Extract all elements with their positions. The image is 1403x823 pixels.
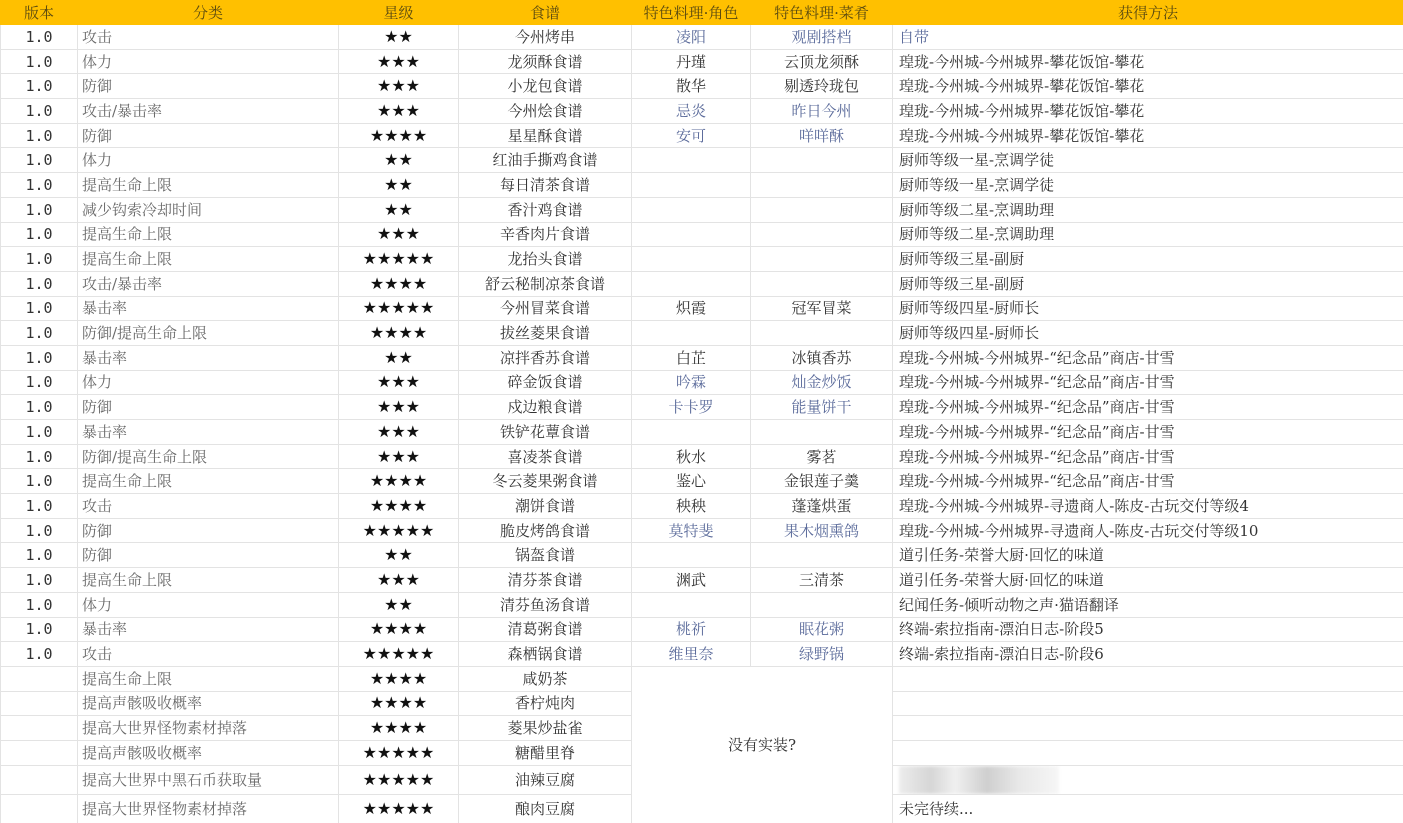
special-role-cell[interactable]: 白芷 xyxy=(632,345,751,370)
category-cell[interactable]: 提高大世界中黑石币获取量 xyxy=(78,765,339,794)
special-role-cell[interactable] xyxy=(632,148,751,173)
recipe-cell[interactable]: 咸奶茶 xyxy=(459,666,632,691)
special-role-cell[interactable] xyxy=(632,271,751,296)
star-rating-cell[interactable]: ★★★★★ xyxy=(339,794,459,823)
recipe-table: 版本分类星级食谱特色料理·角色特色料理·菜肴获得方法 1.0攻击★★今州烤串凌阳… xyxy=(0,0,1403,823)
star-rating-cell[interactable]: ★★★★★ xyxy=(339,740,459,765)
obtain-method-cell[interactable]: 瑝珑-今州城-今州城界-“纪念品”商店-甘雪 xyxy=(893,395,1403,420)
star-rating-cell[interactable]: ★★★★ xyxy=(339,494,459,519)
category-cell[interactable]: 体力 xyxy=(78,49,339,74)
special-role-cell[interactable]: 吟霖 xyxy=(632,370,751,395)
star-rating-cell[interactable]: ★★ xyxy=(339,543,459,568)
table-row-unreleased: 提高生命上限★★★★咸奶茶没有实装? xyxy=(1,666,1403,691)
recipe-cell[interactable]: 每日清茶食谱 xyxy=(459,173,632,198)
header-special-role[interactable]: 特色料理·角色 xyxy=(632,1,751,25)
header-category[interactable]: 分类 xyxy=(78,1,339,25)
recipe-cell[interactable]: 脆皮烤鸽食谱 xyxy=(459,518,632,543)
table-row: 1.0防御★★★★星星酥食谱安可咩咩酥瑝珑-今州城-今州城界-攀花饭馆-攀花 xyxy=(1,123,1403,148)
special-role-cell[interactable] xyxy=(632,173,751,198)
category-cell[interactable]: 防御 xyxy=(78,543,339,568)
recipe-cell[interactable]: 拔丝菱果食谱 xyxy=(459,321,632,346)
header-recipe[interactable]: 食谱 xyxy=(459,1,632,25)
recipe-cell[interactable]: 辛香肉片食谱 xyxy=(459,222,632,247)
version-cell[interactable]: 1.0 xyxy=(1,321,78,346)
version-cell[interactable] xyxy=(1,666,78,691)
star-rating-cell[interactable]: ★★★★ xyxy=(339,271,459,296)
table-row: 1.0提高生命上限★★★辛香肉片食谱厨师等级二星-烹调助理 xyxy=(1,222,1403,247)
special-dish-cell[interactable]: 剔透玲珑包 xyxy=(751,74,893,99)
category-cell[interactable]: 提高生命上限 xyxy=(78,568,339,593)
version-cell[interactable]: 1.0 xyxy=(1,123,78,148)
star-rating-cell[interactable]: ★★★★ xyxy=(339,691,459,716)
star-rating-cell[interactable]: ★★★★ xyxy=(339,469,459,494)
obtain-method-cell[interactable]: 瑝珑-今州城-今州城界-寻遗商人-陈皮-古玩交付等级4 xyxy=(893,494,1403,519)
obtain-method-cell[interactable]: 道引任务-荣誉大厨·回忆的味道 xyxy=(893,543,1403,568)
table-row: 1.0防御★★★★★脆皮烤鸽食谱莫特斐果木烟熏鸽瑝珑-今州城-今州城界-寻遗商人… xyxy=(1,518,1403,543)
recipe-cell[interactable]: 舒云秘制凉茶食谱 xyxy=(459,271,632,296)
table-row: 1.0攻击★★★★★森栖锅食谱维里奈绿野锅终端-索拉指南-漂泊日志-阶段6 xyxy=(1,642,1403,667)
star-rating-cell[interactable]: ★★ xyxy=(339,592,459,617)
special-dish-cell[interactable]: 冰镇香苏 xyxy=(751,345,893,370)
category-cell[interactable]: 体力 xyxy=(78,148,339,173)
special-role-cell[interactable] xyxy=(632,197,751,222)
category-cell[interactable]: 提高生命上限 xyxy=(78,173,339,198)
table-row: 1.0防御/提高生命上限★★★喜凌茶食谱秋水雾茗瑝珑-今州城-今州城界-“纪念品… xyxy=(1,444,1403,469)
obtain-method-cell[interactable]: 瑝珑-今州城-今州城界-攀花饭馆-攀花 xyxy=(893,123,1403,148)
obtain-method-cell[interactable]: 瑝珑-今州城-今州城界-“纪念品”商店-甘雪 xyxy=(893,469,1403,494)
special-role-cell[interactable]: 凌阳 xyxy=(632,25,751,50)
special-role-cell[interactable] xyxy=(632,543,751,568)
special-role-cell[interactable]: 忌炎 xyxy=(632,99,751,124)
obtain-method-cell[interactable]: 瑝珑-今州城-今州城界-“纪念品”商店-甘雪 xyxy=(893,420,1403,445)
star-rating-cell[interactable]: ★★★★★ xyxy=(339,642,459,667)
recipe-cell[interactable]: 香汁鸡食谱 xyxy=(459,197,632,222)
recipe-cell[interactable]: 今州冒菜食谱 xyxy=(459,296,632,321)
recipe-cell[interactable]: 森栖锅食谱 xyxy=(459,642,632,667)
version-cell[interactable]: 1.0 xyxy=(1,25,78,50)
category-cell[interactable]: 提高生命上限 xyxy=(78,247,339,272)
header-stars[interactable]: 星级 xyxy=(339,1,459,25)
obtain-method-cell[interactable] xyxy=(893,666,1403,691)
version-cell[interactable] xyxy=(1,794,78,823)
unreleased-note-cell[interactable]: 没有实装? xyxy=(632,666,893,823)
special-dish-cell[interactable]: 绿野锅 xyxy=(751,642,893,667)
obtain-method-cell[interactable]: 瑝珑-今州城-今州城界-攀花饭馆-攀花 xyxy=(893,74,1403,99)
obtain-method-cell[interactable]: 终端-索拉指南-漂泊日志-阶段6 xyxy=(893,642,1403,667)
obtain-method-cell[interactable]: 纪闻任务-倾听动物之声·猫语翻译 xyxy=(893,592,1403,617)
category-cell[interactable]: 攻击 xyxy=(78,494,339,519)
table-row: 1.0防御★★锅盔食谱道引任务-荣誉大厨·回忆的味道 xyxy=(1,543,1403,568)
special-dish-cell[interactable] xyxy=(751,543,893,568)
star-rating-cell[interactable]: ★★★ xyxy=(339,222,459,247)
category-cell[interactable]: 暴击率 xyxy=(78,420,339,445)
category-cell[interactable]: 防御/提高生命上限 xyxy=(78,321,339,346)
table-row: 1.0暴击率★★★铁铲花蕈食谱瑝珑-今州城-今州城界-“纪念品”商店-甘雪 xyxy=(1,420,1403,445)
obtain-method-cell[interactable]: 瑝珑-今州城-今州城界-“纪念品”商店-甘雪 xyxy=(893,444,1403,469)
special-dish-cell[interactable] xyxy=(751,592,893,617)
category-cell[interactable]: 提高声骸吸收概率 xyxy=(78,691,339,716)
special-role-cell[interactable]: 鉴心 xyxy=(632,469,751,494)
table-row: 1.0减少钩索冷却时间★★香汁鸡食谱厨师等级二星-烹调助理 xyxy=(1,197,1403,222)
table-row: 1.0提高生命上限★★每日清茶食谱厨师等级一星-烹调学徒 xyxy=(1,173,1403,198)
special-role-cell[interactable] xyxy=(632,592,751,617)
version-cell[interactable] xyxy=(1,765,78,794)
star-rating-cell[interactable]: ★★★ xyxy=(339,74,459,99)
recipe-cell[interactable]: 冬云菱果粥食谱 xyxy=(459,469,632,494)
special-dish-cell[interactable] xyxy=(751,222,893,247)
special-dish-cell[interactable] xyxy=(751,247,893,272)
table-row: 1.0体力★★清芬鱼汤食谱纪闻任务-倾听动物之声·猫语翻译 xyxy=(1,592,1403,617)
recipe-cell[interactable]: 今州烤串 xyxy=(459,25,632,50)
obtain-method-cell[interactable]: 厨师等级四星-厨师长 xyxy=(893,296,1403,321)
header-obtain-method[interactable]: 获得方法 xyxy=(893,1,1403,25)
recipe-cell[interactable]: 戍边粮食谱 xyxy=(459,395,632,420)
header-row: 版本分类星级食谱特色料理·角色特色料理·菜肴获得方法 xyxy=(1,1,1403,25)
version-cell[interactable]: 1.0 xyxy=(1,247,78,272)
table-row: 1.0提高生命上限★★★★冬云菱果粥食谱鉴心金银莲子羹瑝珑-今州城-今州城界-“… xyxy=(1,469,1403,494)
version-cell[interactable]: 1.0 xyxy=(1,568,78,593)
redacted-cell xyxy=(893,765,1403,794)
special-role-cell[interactable]: 丹瑾 xyxy=(632,49,751,74)
star-rating-cell[interactable]: ★★★ xyxy=(339,49,459,74)
star-rating-cell[interactable]: ★★★ xyxy=(339,99,459,124)
category-cell[interactable]: 暴击率 xyxy=(78,345,339,370)
special-role-cell[interactable] xyxy=(632,321,751,346)
category-cell[interactable]: 攻击 xyxy=(78,25,339,50)
special-dish-cell[interactable]: 雾茗 xyxy=(751,444,893,469)
recipe-cell[interactable]: 铁铲花蕈食谱 xyxy=(459,420,632,445)
special-role-cell[interactable]: 安可 xyxy=(632,123,751,148)
star-rating-cell[interactable]: ★★★★★ xyxy=(339,296,459,321)
star-rating-cell[interactable]: ★★★ xyxy=(339,370,459,395)
category-cell[interactable]: 体力 xyxy=(78,370,339,395)
obtain-method-cell[interactable]: 厨师等级一星-烹调学徒 xyxy=(893,173,1403,198)
star-rating-cell[interactable]: ★★★ xyxy=(339,395,459,420)
category-cell[interactable]: 提高大世界怪物素材掉落 xyxy=(78,794,339,823)
version-cell[interactable]: 1.0 xyxy=(1,370,78,395)
version-cell[interactable]: 1.0 xyxy=(1,173,78,198)
obtain-method-cell[interactable]: 厨师等级四星-厨师长 xyxy=(893,321,1403,346)
category-cell[interactable]: 防御 xyxy=(78,123,339,148)
table-row: 1.0防御★★★戍边粮食谱卡卡罗能量饼干瑝珑-今州城-今州城界-“纪念品”商店-… xyxy=(1,395,1403,420)
obtain-method-cell[interactable]: 自带 xyxy=(893,25,1403,50)
category-cell[interactable]: 防御/提高生命上限 xyxy=(78,444,339,469)
star-rating-cell[interactable]: ★★★★ xyxy=(339,617,459,642)
obtain-method-cell[interactable] xyxy=(893,740,1403,765)
category-cell[interactable]: 防御 xyxy=(78,395,339,420)
obtain-method-cell[interactable]: 瑝珑-今州城-今州城界-攀花饭馆-攀花 xyxy=(893,99,1403,124)
table-body: 1.0攻击★★今州烤串凌阳观剧搭档自带1.0体力★★★龙须酥食谱丹瑾云顶龙须酥瑝… xyxy=(1,25,1403,823)
recipe-cell[interactable]: 酿肉豆腐 xyxy=(459,794,632,823)
obtain-method-cell[interactable]: 瑝珑-今州城-今州城界-“纪念品”商店-甘雪 xyxy=(893,370,1403,395)
special-dish-cell[interactable] xyxy=(751,420,893,445)
special-role-cell[interactable]: 莫特斐 xyxy=(632,518,751,543)
table-row: 1.0防御/提高生命上限★★★★拔丝菱果食谱厨师等级四星-厨师长 xyxy=(1,321,1403,346)
category-cell[interactable]: 防御 xyxy=(78,74,339,99)
recipe-cell[interactable]: 香柠炖肉 xyxy=(459,691,632,716)
table-row: 1.0攻击/暴击率★★★今州烩食谱忌炎昨日今州瑝珑-今州城-今州城界-攀花饭馆-… xyxy=(1,99,1403,124)
obtain-method-cell[interactable]: 厨师等级三星-副厨 xyxy=(893,247,1403,272)
header-version[interactable]: 版本 xyxy=(1,1,78,25)
star-rating-cell[interactable]: ★★ xyxy=(339,345,459,370)
recipe-cell[interactable]: 碎金饭食谱 xyxy=(459,370,632,395)
special-dish-cell[interactable]: 冠军冒菜 xyxy=(751,296,893,321)
version-cell[interactable]: 1.0 xyxy=(1,617,78,642)
version-cell[interactable]: 1.0 xyxy=(1,271,78,296)
special-dish-cell[interactable]: 昨日今州 xyxy=(751,99,893,124)
category-cell[interactable]: 防御 xyxy=(78,518,339,543)
obtain-method-cell[interactable]: 道引任务-荣誉大厨·回忆的味道 xyxy=(893,568,1403,593)
table-row: 1.0防御★★★小龙包食谱散华剔透玲珑包瑝珑-今州城-今州城界-攀花饭馆-攀花 xyxy=(1,74,1403,99)
version-cell[interactable]: 1.0 xyxy=(1,469,78,494)
table-row: 1.0暴击率★★★★★今州冒菜食谱炽霞冠军冒菜厨师等级四星-厨师长 xyxy=(1,296,1403,321)
special-dish-cell[interactable]: 灿金炒饭 xyxy=(751,370,893,395)
recipe-cell[interactable]: 糖醋里脊 xyxy=(459,740,632,765)
version-cell[interactable] xyxy=(1,691,78,716)
table-row: 1.0攻击/暴击率★★★★舒云秘制凉茶食谱厨师等级三星-副厨 xyxy=(1,271,1403,296)
table-row: 1.0攻击★★今州烤串凌阳观剧搭档自带 xyxy=(1,25,1403,50)
special-dish-cell[interactable] xyxy=(751,321,893,346)
special-role-cell[interactable] xyxy=(632,247,751,272)
category-cell[interactable]: 攻击/暴击率 xyxy=(78,99,339,124)
special-dish-cell[interactable]: 观剧搭档 xyxy=(751,25,893,50)
special-role-cell[interactable]: 桃祈 xyxy=(632,617,751,642)
version-cell[interactable]: 1.0 xyxy=(1,444,78,469)
table-row: 1.0体力★★★龙须酥食谱丹瑾云顶龙须酥瑝珑-今州城-今州城界-攀花饭馆-攀花 xyxy=(1,49,1403,74)
special-dish-cell[interactable]: 果木烟熏鸽 xyxy=(751,518,893,543)
version-cell[interactable]: 1.0 xyxy=(1,197,78,222)
special-dish-cell[interactable]: 金银莲子羹 xyxy=(751,469,893,494)
category-cell[interactable]: 提高生命上限 xyxy=(78,222,339,247)
special-dish-cell[interactable]: 能量饼干 xyxy=(751,395,893,420)
special-dish-cell[interactable]: 蓬蓬烘蛋 xyxy=(751,494,893,519)
special-role-cell[interactable] xyxy=(632,420,751,445)
recipe-cell[interactable]: 龙抬头食谱 xyxy=(459,247,632,272)
recipe-cell[interactable]: 潮饼食谱 xyxy=(459,494,632,519)
category-cell[interactable]: 提高大世界怪物素材掉落 xyxy=(78,716,339,741)
star-rating-cell[interactable]: ★★★★ xyxy=(339,666,459,691)
recipe-cell[interactable]: 清芬鱼汤食谱 xyxy=(459,592,632,617)
obtain-method-cell[interactable]: 厨师等级一星-烹调学徒 xyxy=(893,148,1403,173)
version-cell[interactable]: 1.0 xyxy=(1,148,78,173)
recipe-cell[interactable]: 喜凌茶食谱 xyxy=(459,444,632,469)
star-rating-cell[interactable]: ★★ xyxy=(339,25,459,50)
star-rating-cell[interactable]: ★★★★ xyxy=(339,321,459,346)
star-rating-cell[interactable]: ★★★★★ xyxy=(339,765,459,794)
obtain-method-cell[interactable]: 厨师等级三星-副厨 xyxy=(893,271,1403,296)
recipe-cell[interactable]: 清芬茶食谱 xyxy=(459,568,632,593)
version-cell[interactable]: 1.0 xyxy=(1,74,78,99)
table-row: 1.0提高生命上限★★★★★龙抬头食谱厨师等级三星-副厨 xyxy=(1,247,1403,272)
special-dish-cell[interactable]: 云顶龙须酥 xyxy=(751,49,893,74)
special-dish-cell[interactable]: 眠花粥 xyxy=(751,617,893,642)
star-rating-cell[interactable]: ★★★ xyxy=(339,444,459,469)
recipe-cell[interactable]: 锅盔食谱 xyxy=(459,543,632,568)
special-dish-cell[interactable] xyxy=(751,197,893,222)
category-cell[interactable]: 提高生命上限 xyxy=(78,469,339,494)
recipe-cell[interactable]: 菱果炒盐雀 xyxy=(459,716,632,741)
special-dish-cell[interactable] xyxy=(751,173,893,198)
special-role-cell[interactable] xyxy=(632,222,751,247)
header-special-dish[interactable]: 特色料理·菜肴 xyxy=(751,1,893,25)
special-dish-cell[interactable] xyxy=(751,271,893,296)
star-rating-cell[interactable]: ★★ xyxy=(339,173,459,198)
recipe-cell[interactable]: 油辣豆腐 xyxy=(459,765,632,794)
obtain-method-cell[interactable]: 瑝珑-今州城-今州城界-攀花饭馆-攀花 xyxy=(893,49,1403,74)
table-row: 1.0提高生命上限★★★清芬茶食谱渊武三清茶道引任务-荣誉大厨·回忆的味道 xyxy=(1,568,1403,593)
obtain-method-cell[interactable]: 厨师等级二星-烹调助理 xyxy=(893,197,1403,222)
table-row: 1.0攻击★★★★潮饼食谱秧秧蓬蓬烘蛋瑝珑-今州城-今州城界-寻遗商人-陈皮-古… xyxy=(1,494,1403,519)
star-rating-cell[interactable]: ★★★★★ xyxy=(339,247,459,272)
category-cell[interactable]: 提高声骸吸收概率 xyxy=(78,740,339,765)
special-dish-cell[interactable]: 咩咩酥 xyxy=(751,123,893,148)
special-role-cell[interactable]: 炽霞 xyxy=(632,296,751,321)
version-cell[interactable]: 1.0 xyxy=(1,420,78,445)
recipe-cell[interactable]: 星星酥食谱 xyxy=(459,123,632,148)
star-rating-cell[interactable]: ★★ xyxy=(339,148,459,173)
version-cell[interactable]: 1.0 xyxy=(1,222,78,247)
table-row: 1.0暴击率★★★★清葛粥食谱桃祈眠花粥终端-索拉指南-漂泊日志-阶段5 xyxy=(1,617,1403,642)
obtain-method-cell[interactable]: 终端-索拉指南-漂泊日志-阶段5 xyxy=(893,617,1403,642)
version-cell[interactable]: 1.0 xyxy=(1,494,78,519)
star-rating-cell[interactable]: ★★ xyxy=(339,197,459,222)
redacted-blur xyxy=(899,766,1059,794)
star-rating-cell[interactable]: ★★★ xyxy=(339,420,459,445)
version-cell[interactable]: 1.0 xyxy=(1,592,78,617)
table-row: 1.0体力★★红油手撕鸡食谱厨师等级一星-烹调学徒 xyxy=(1,148,1403,173)
recipe-cell[interactable]: 凉拌香苏食谱 xyxy=(459,345,632,370)
recipe-cell[interactable]: 小龙包食谱 xyxy=(459,74,632,99)
version-cell[interactable] xyxy=(1,716,78,741)
recipe-cell[interactable]: 今州烩食谱 xyxy=(459,99,632,124)
recipe-cell[interactable]: 红油手撕鸡食谱 xyxy=(459,148,632,173)
version-cell[interactable]: 1.0 xyxy=(1,296,78,321)
special-role-cell[interactable]: 散华 xyxy=(632,74,751,99)
version-cell[interactable]: 1.0 xyxy=(1,99,78,124)
version-cell[interactable]: 1.0 xyxy=(1,345,78,370)
category-cell[interactable]: 提高生命上限 xyxy=(78,666,339,691)
obtain-method-cell[interactable]: 瑝珑-今州城-今州城界-“纪念品”商店-甘雪 xyxy=(893,345,1403,370)
version-cell[interactable]: 1.0 xyxy=(1,49,78,74)
version-cell[interactable]: 1.0 xyxy=(1,395,78,420)
category-cell[interactable]: 体力 xyxy=(78,592,339,617)
category-cell[interactable]: 减少钩索冷却时间 xyxy=(78,197,339,222)
version-cell[interactable]: 1.0 xyxy=(1,642,78,667)
special-role-cell[interactable]: 渊武 xyxy=(632,568,751,593)
recipe-cell[interactable]: 清葛粥食谱 xyxy=(459,617,632,642)
to-be-continued-cell[interactable]: 未完待续... xyxy=(893,794,1403,823)
star-rating-cell[interactable]: ★★★★★ xyxy=(339,518,459,543)
star-rating-cell[interactable]: ★★★ xyxy=(339,568,459,593)
star-rating-cell[interactable]: ★★★★ xyxy=(339,716,459,741)
special-dish-cell[interactable]: 三清茶 xyxy=(751,568,893,593)
category-cell[interactable]: 暴击率 xyxy=(78,617,339,642)
special-role-cell[interactable]: 秋水 xyxy=(632,444,751,469)
table-row: 1.0体力★★★碎金饭食谱吟霖灿金炒饭瑝珑-今州城-今州城界-“纪念品”商店-甘… xyxy=(1,370,1403,395)
obtain-method-cell[interactable] xyxy=(893,716,1403,741)
special-role-cell[interactable]: 卡卡罗 xyxy=(632,395,751,420)
obtain-method-cell[interactable] xyxy=(893,691,1403,716)
special-dish-cell[interactable] xyxy=(751,148,893,173)
recipe-cell[interactable]: 龙须酥食谱 xyxy=(459,49,632,74)
version-cell[interactable] xyxy=(1,740,78,765)
category-cell[interactable]: 攻击/暴击率 xyxy=(78,271,339,296)
table-row: 1.0暴击率★★凉拌香苏食谱白芷冰镇香苏瑝珑-今州城-今州城界-“纪念品”商店-… xyxy=(1,345,1403,370)
star-rating-cell[interactable]: ★★★★ xyxy=(339,123,459,148)
obtain-method-cell[interactable]: 厨师等级二星-烹调助理 xyxy=(893,222,1403,247)
version-cell[interactable]: 1.0 xyxy=(1,543,78,568)
category-cell[interactable]: 攻击 xyxy=(78,642,339,667)
obtain-method-cell[interactable]: 瑝珑-今州城-今州城界-寻遗商人-陈皮-古玩交付等级10 xyxy=(893,518,1403,543)
version-cell[interactable]: 1.0 xyxy=(1,518,78,543)
category-cell[interactable]: 暴击率 xyxy=(78,296,339,321)
special-role-cell[interactable]: 维里奈 xyxy=(632,642,751,667)
special-role-cell[interactable]: 秧秧 xyxy=(632,494,751,519)
